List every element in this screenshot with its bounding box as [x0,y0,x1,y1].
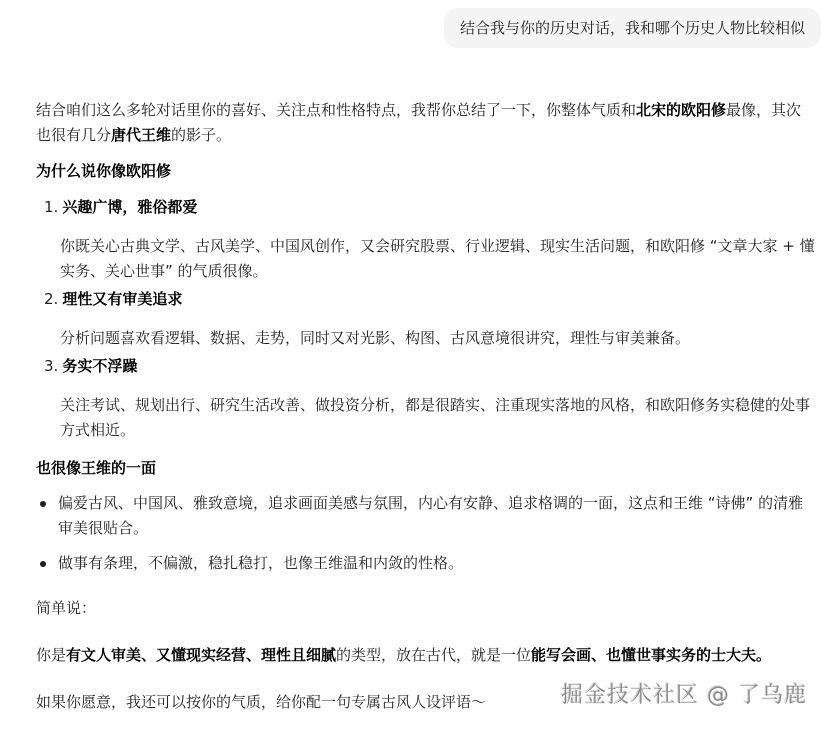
item-body: 你既关心古典文学、古风美学、中国风创作，又会研究股票、行业逻辑、现实生活问题，和… [36,234,816,284]
bullet-item-1: 偏爱古风、中国风、雅致意境，追求画面美感与氛围，内心有安静、追求格调的一面，这点… [36,491,816,541]
numbered-item-3: 3.务实不浮躁 关注考试、规划出行、研究生活改善、做投资分析，都是很踏实、注重现… [36,355,816,443]
item-title: 务实不浮躁 [62,357,137,375]
item-index: 2. [44,290,58,308]
bullet-text: 做事有条理，不偏激，稳扎稳打，也像王维温和内敛的性格。 [58,554,463,572]
assistant-message: 结合咱们这么多轮对话里你的喜好、关注点和性格特点，我帮你总结了一下，你整体气质和… [36,98,816,715]
bullet-dot-icon [40,501,46,507]
user-message-bubble: 结合我与你的历史对话，我和哪个历史人物比较相似 [444,8,821,48]
summary-text-2: 的类型，放在古代，就是一位 [336,646,531,664]
summary-text: 你是 [36,646,66,664]
intro-text: 结合咱们这么多轮对话里你的喜好、关注点和性格特点，我帮你总结了一下，你整体气质和 [36,101,636,119]
item-index: 3. [44,357,58,375]
section-heading-wangwei: 也很像王维的一面 [36,457,816,479]
summary-bold-1: 有文人审美、又懂现实经营、理性且细腻 [66,646,336,664]
intro-bold-ouyangxiu: 北宋的欧阳修 [636,101,726,119]
section-heading-ouyangxiu: 为什么说你像欧阳修 [36,160,816,182]
intro-bold-wangwei: 唐代王维 [111,126,171,144]
numbered-item-2: 2.理性又有审美追求 分析问题喜欢看逻辑、数据、走势，同时又对光影、构图、古风意… [36,288,816,351]
watermark: 掘金技术社区 @ 了乌鹿 [561,678,807,709]
intro-paragraph: 结合咱们这么多轮对话里你的喜好、关注点和性格特点，我帮你总结了一下，你整体气质和… [36,98,816,148]
bullet-dot-icon [40,561,46,567]
item-index: 1. [44,198,58,216]
summary-label: 简单说： [36,596,816,621]
summary-bold-2: 能写会画、也懂世事实务的士大夫。 [531,646,771,664]
summary-paragraph: 你是有文人审美、又懂现实经营、理性且细腻的类型，放在古代，就是一位能写会画、也懂… [36,643,816,668]
bullet-list: 偏爱古风、中国风、雅致意境，追求画面美感与氛围，内心有安静、追求格调的一面，这点… [36,491,816,576]
item-title: 兴趣广博，雅俗都爱 [62,198,197,216]
intro-text-3: 的影子。 [171,126,231,144]
bullet-text: 偏爱古风、中国风、雅致意境，追求画面美感与氛围，内心有安静、追求格调的一面，这点… [58,494,803,537]
user-message-row: 结合我与你的历史对话，我和哪个历史人物比较相似 [444,8,821,48]
item-title: 理性又有审美追求 [62,290,182,308]
item-body: 关注考试、规划出行、研究生活改善、做投资分析，都是很踏实、注重现实落地的风格，和… [36,393,816,443]
bullet-item-2: 做事有条理，不偏激，稳扎稳打，也像王维温和内敛的性格。 [36,551,816,576]
numbered-item-1: 1.兴趣广博，雅俗都爱 你既关心古典文学、古风美学、中国风创作，又会研究股票、行… [36,196,816,284]
item-body: 分析问题喜欢看逻辑、数据、走势，同时又对光影、构图、古风意境很讲究，理性与审美兼… [36,326,816,351]
